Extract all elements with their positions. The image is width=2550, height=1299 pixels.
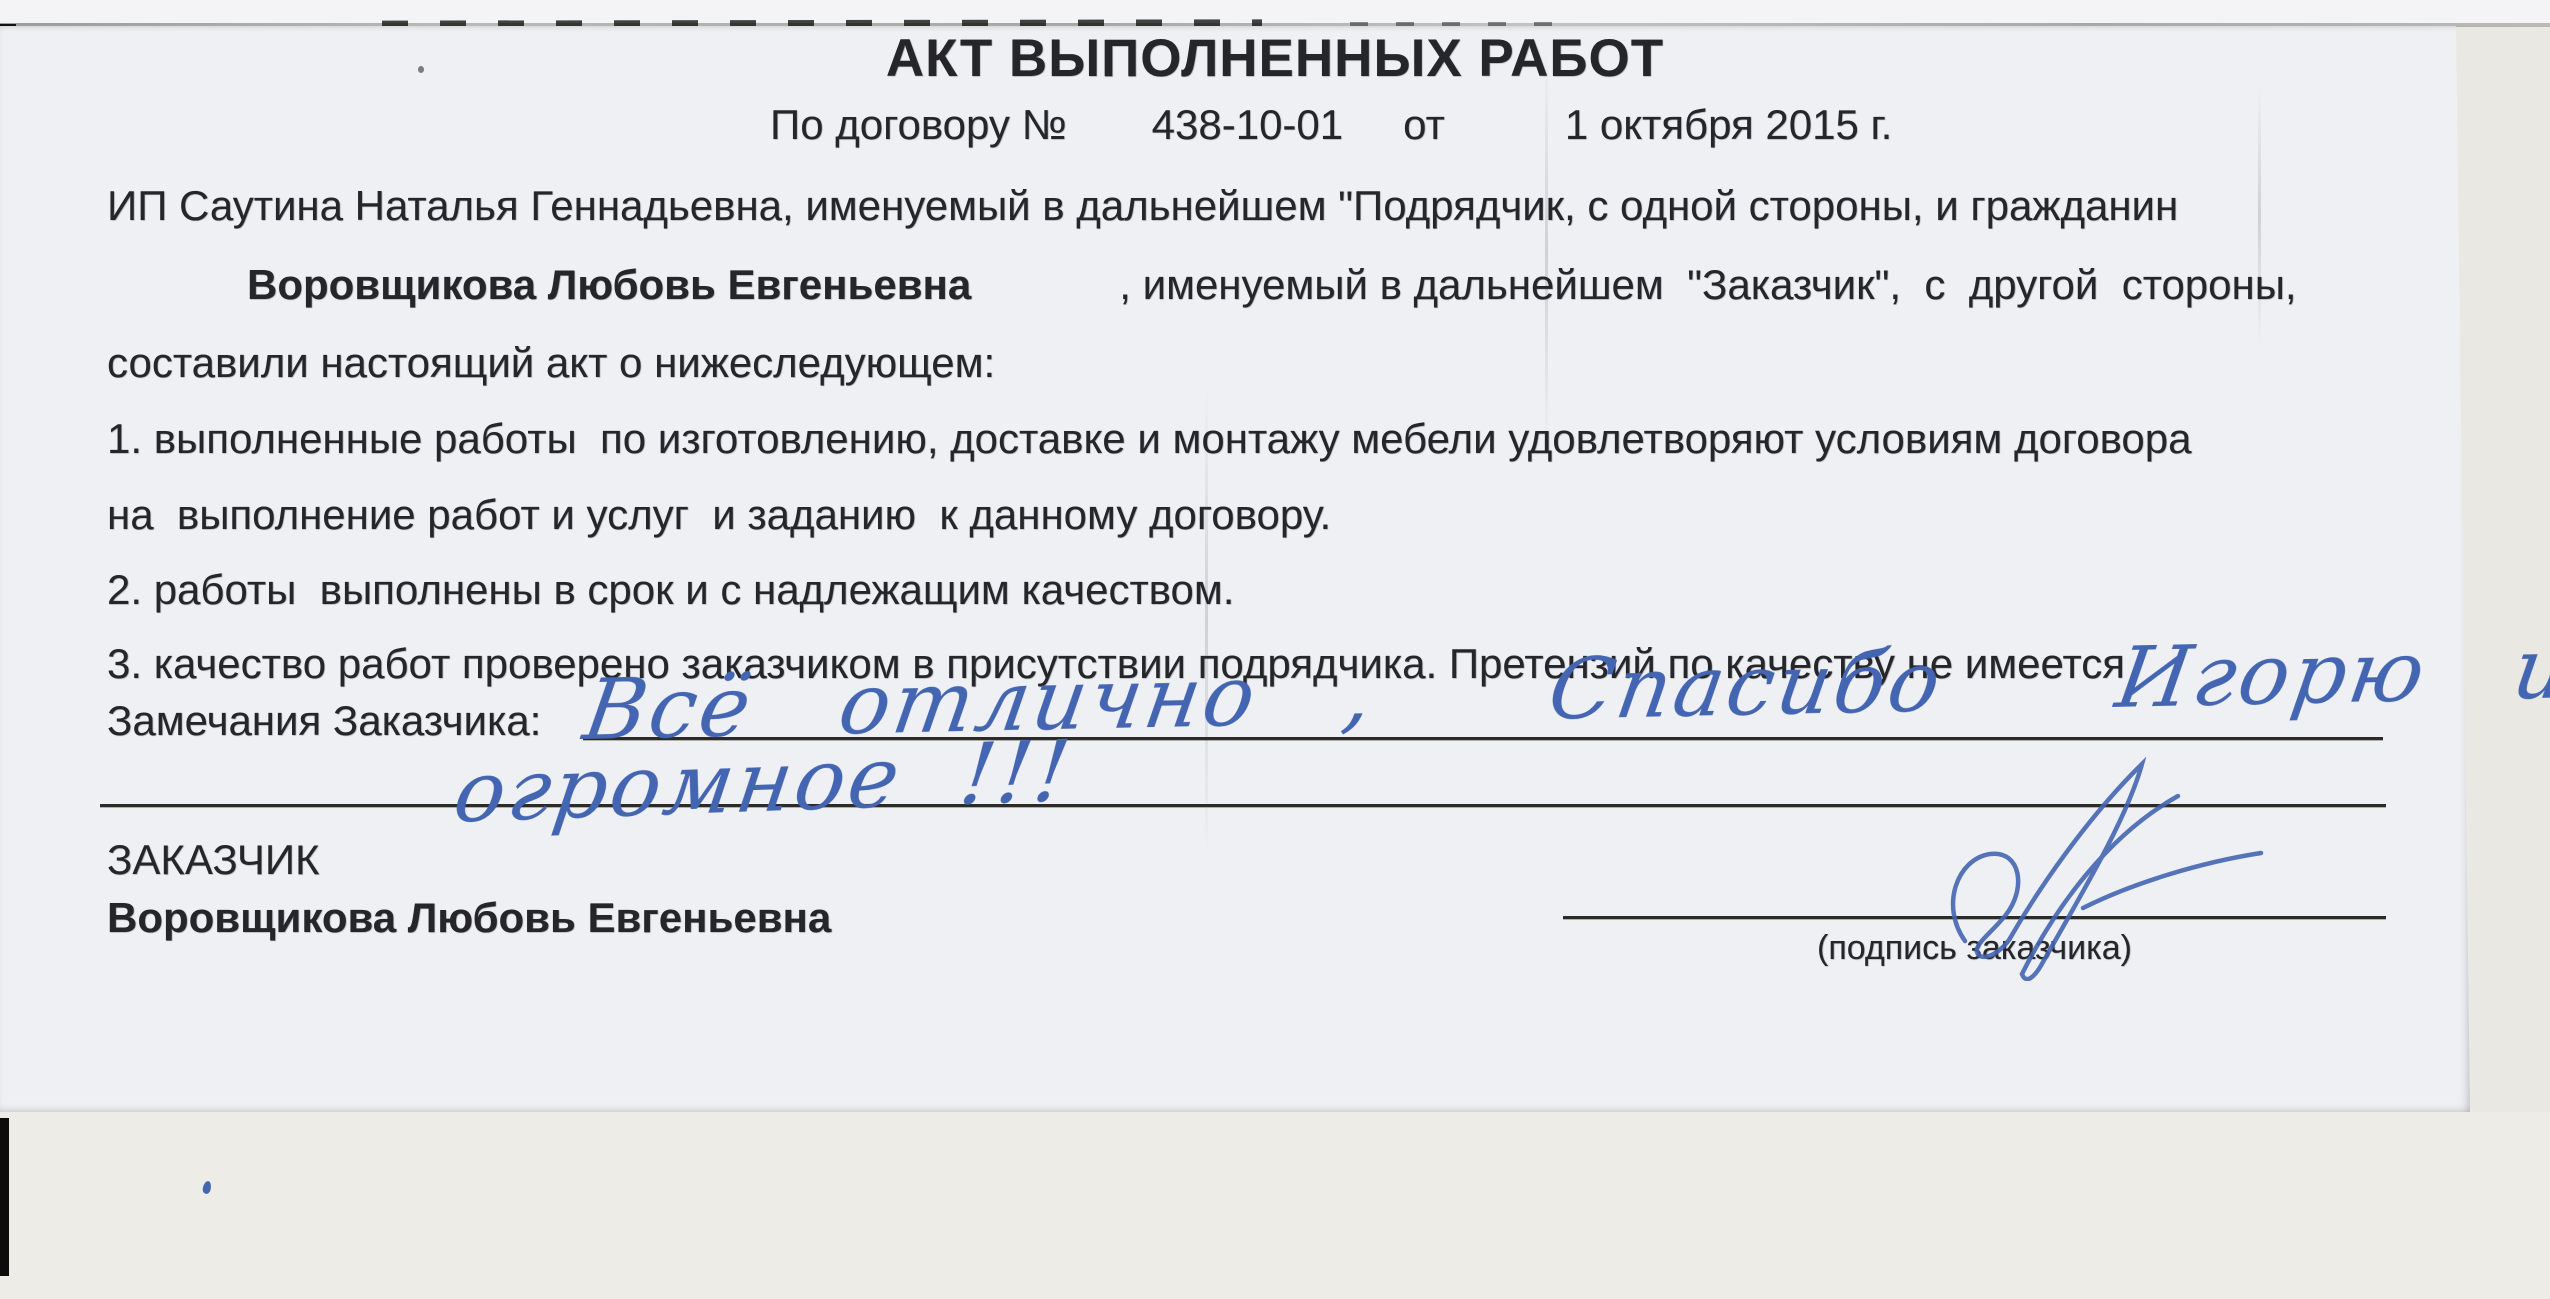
backing-sheet bbox=[0, 1112, 2550, 1299]
handwritten-signature bbox=[1935, 756, 2265, 981]
customer-name-field: Воровщикова Любовь Евгеньевна bbox=[247, 262, 971, 308]
contract-number: 438-10-01 bbox=[1152, 102, 1343, 148]
document-title: АКТ ВЫПОЛНЕННЫХ РАБОТ bbox=[0, 30, 2550, 88]
signer-role: ЗАКАЗЧИК bbox=[107, 837, 319, 883]
preamble-line2-rest: , именуемый в дальнейшем "Заказчик", с д… bbox=[1119, 262, 2296, 308]
contract-line: По договору № 438-10-01 от 1 октября 201… bbox=[770, 102, 1892, 148]
contract-preposition: от bbox=[1403, 102, 1445, 148]
preamble-line3: составили настоящий акт о нижеследующем: bbox=[107, 340, 995, 386]
item-1-line-2: на выполнение работ и услуг и заданию к … bbox=[107, 492, 1331, 538]
signer-name: Воровщикова Любовь Евгеньевна bbox=[107, 895, 831, 941]
contract-label: По договору № bbox=[770, 102, 1067, 148]
preamble-line2: Воровщикова Любовь Евгеньевна , именуемы… bbox=[247, 262, 2297, 308]
contract-date: 1 октября 2015 г. bbox=[1565, 102, 1893, 148]
handwritten-remark-line-2: огромное !!! bbox=[449, 729, 1077, 835]
item-2-line-1: 2. работы выполнены в срок и с надлежащи… bbox=[107, 567, 1234, 613]
scan-edge-artifact bbox=[0, 1118, 9, 1276]
item-1-line-1: 1. выполненные работы по изготовлению, д… bbox=[107, 416, 2192, 462]
scanned-page: АКТ ВЫПОЛНЕННЫХ РАБОТ По договору № 438-… bbox=[0, 0, 2550, 1299]
remarks-label: Замечания Заказчика: bbox=[107, 698, 541, 744]
preamble-line1: ИП Саутина Наталья Геннадьевна, именуемы… bbox=[107, 183, 2178, 229]
